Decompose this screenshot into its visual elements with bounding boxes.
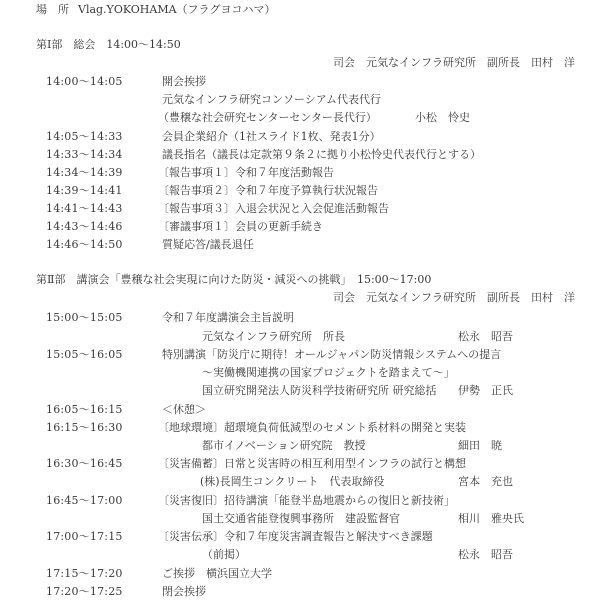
row-item: 議長指名（議長は定款第９条２に拠り小松怜史代表代行とする）	[162, 148, 481, 162]
row-time: 16:15～16:30	[46, 421, 123, 435]
row-time: 17:15～17:20	[46, 567, 123, 581]
row-person: 相川 雅央氏	[458, 512, 524, 526]
row-item: 〔報告事項１〕令和７年度活動報告	[158, 166, 334, 180]
venue-label: 場 所	[36, 3, 69, 17]
row-sub: 元気なインフラ研究所 所長	[202, 330, 345, 344]
row-item: 〔災害備蓄〕日常と災害時の相互利用型インフラの試行と構想	[158, 457, 466, 471]
row-time: 14:46～14:50	[46, 238, 123, 252]
row-item: 開会挨拶	[162, 75, 206, 89]
row-item: （豊穣な社会研究センターセンター長代行）	[158, 111, 377, 125]
row-time: 17:00～17:15	[46, 530, 123, 544]
row-time: 14:33～14:34	[46, 148, 123, 162]
row-item: 会員企業紹介（1社スライド1枚、発表1分）	[162, 130, 381, 144]
row-time: 14:39～14:41	[46, 184, 123, 198]
row-person: 宮本 充也	[458, 475, 513, 489]
row-item: 〔報告事項２〕令和７年度予算執行状況報告	[158, 184, 378, 198]
venue-value: Vlag.YOKOHAMA（フラグヨコハマ）	[78, 3, 276, 17]
row-sub: 国土交通省能登復興事務所 建設監督官	[202, 512, 400, 526]
row-item: 特別講演「防災庁に期待！オールジャパン防災情報システムへの提言	[162, 348, 501, 362]
row-sub: （前掲）	[202, 548, 246, 562]
row-item: 令和７年度講演会主旨説明	[162, 311, 294, 325]
row-time: 14:43～14:46	[46, 220, 123, 234]
row-item: 質疑応答/議長退任	[162, 238, 254, 252]
row-item: 〔審議事項１〕会員の更新手続き	[158, 220, 323, 234]
part2-moderator: 司会 元気なインフラ研究所 副所長 田村 洋	[333, 291, 575, 305]
row-time: 15:05～16:05	[46, 348, 123, 362]
row-person: 小松 怜史	[415, 111, 470, 125]
row-sub: ～実働機関連携の国家プロジェクトを踏まえて～」	[202, 366, 455, 380]
row-item: 〔災害復旧〕招待講演「能登半島地震からの復旧と新技術」	[158, 494, 455, 508]
row-time: 14:00～14:05	[46, 75, 123, 89]
row-item: 〔地球環境〕超環境負荷低減型のセメント系材料の開発と実装	[158, 421, 466, 435]
part1-moderator: 司会 元気なインフラ研究所 副所長 田村 洋	[333, 56, 575, 70]
row-item: 元気なインフラ研究コンソーシアム代表代行	[162, 93, 381, 107]
row-item: ご挨拶 横浜国立大学	[162, 567, 272, 581]
row-person: 松永 昭吾	[458, 548, 513, 562]
row-item: 閉会挨拶	[162, 585, 206, 599]
row-person: 伊勢 正氏	[458, 384, 513, 398]
row-time: 14:05～14:33	[46, 130, 123, 144]
row-time: 16:30～16:45	[46, 457, 123, 471]
row-person: 松永 昭吾	[458, 330, 513, 344]
row-person: 細田 暁	[458, 439, 502, 453]
row-item: 〔災害伝承〕令和７年度災害調査報告と解決すべき課題	[158, 530, 433, 544]
row-sub: (株)長岡生コンクリート 代表取締役	[200, 475, 384, 489]
part2-heading: 第Ⅱ部 講演会「豊穣な社会実現に向けた防災・減災への挑戦」 15:00～17:0…	[36, 273, 431, 287]
row-item: ＜休憩＞	[162, 403, 206, 417]
row-item: 〔報告事項３〕入退会状況と入会促進活動報告	[158, 202, 389, 216]
row-time: 17:20～17:25	[46, 585, 123, 599]
row-sub: 都市イノベーション研究院 教授	[202, 439, 365, 453]
part1-heading: 第Ⅰ部 総会 14:00～14:50	[36, 38, 181, 52]
row-time: 14:34～14:39	[46, 166, 123, 180]
row-sub: 国立研究開発法人防災科学技術研究所 研究総括	[202, 384, 437, 398]
row-time: 14:41～14:43	[46, 202, 123, 216]
row-time: 16:45～17:00	[46, 494, 123, 508]
row-time: 16:05～16:15	[46, 403, 123, 417]
row-time: 15:00～15:05	[46, 311, 123, 325]
